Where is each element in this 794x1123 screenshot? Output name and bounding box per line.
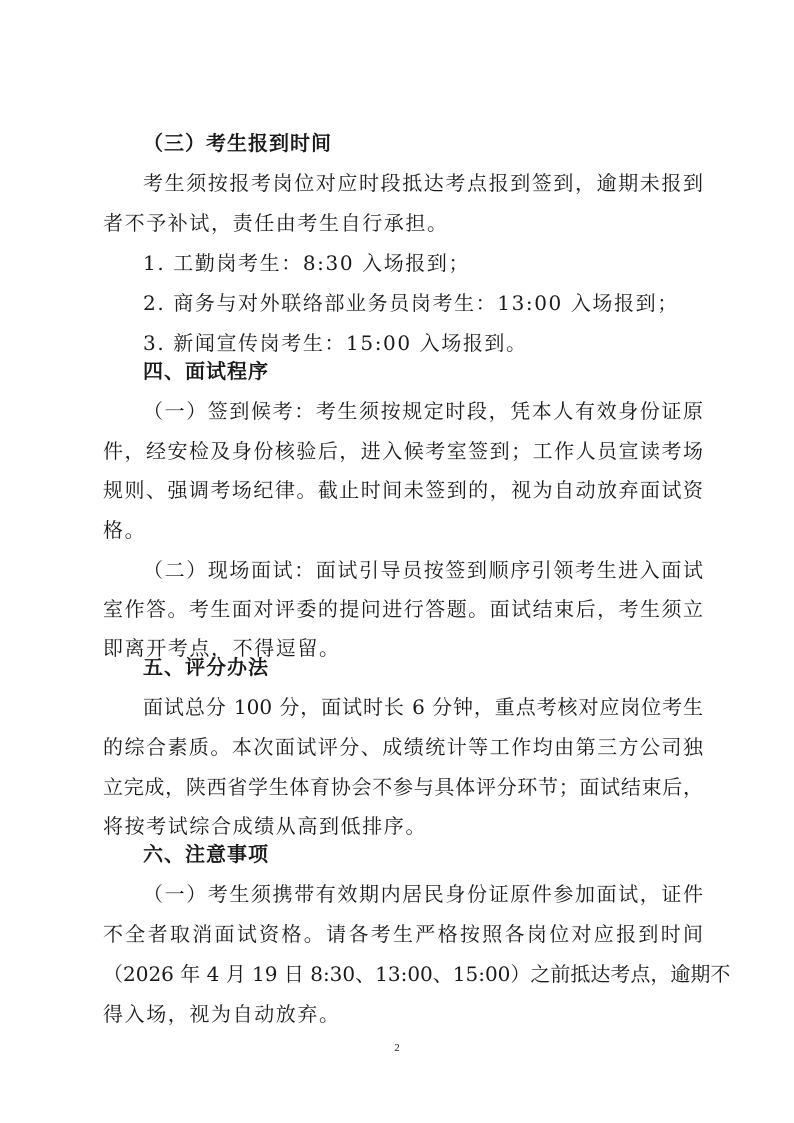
paragraph-line: 规则、强调考场纪律。截止时间未签到的，视为自动放弃面试资 <box>103 476 703 504</box>
paragraph-line: （2026 年 4 月 19 日 8:30、13:00、15:00）之前抵达考点… <box>103 960 703 988</box>
list-item: 3. 新闻宣传岗考生：15:00 入场报到。 <box>103 329 703 357</box>
paragraph-line: （二）现场面试：面试引导员按签到顺序引领考生进入面试 <box>103 556 703 584</box>
section-heading-checkin-time: （三）考生报到时间 <box>103 129 703 157</box>
section-heading-interview-procedure: 四、面试程序 <box>103 357 703 385</box>
paragraph-line: 的综合素质。本次面试评分、成绩统计等工作均由第三方公司独 <box>103 733 703 761</box>
section-heading-notes: 六、注意事项 <box>103 840 703 868</box>
list-item: 2. 商务与对外联络部业务员岗考生：13:00 入场报到； <box>103 289 703 317</box>
paragraph-line: 件，经安检及身份核验后，进入候考室签到；工作人员宣读考场 <box>103 437 703 465</box>
paragraph-line: 将按考试综合成绩从高到低排序。 <box>103 812 703 840</box>
list-item: 1. 工勤岗考生：8:30 入场报到； <box>103 249 703 277</box>
section-heading-scoring-method: 五、评分办法 <box>103 653 703 681</box>
document-page: （三）考生报到时间 考生须按报考岗位对应时段抵达考点报到签到，逾期未报到 者不予… <box>0 0 794 1123</box>
paragraph-line: 者不予补试，责任由考生自行承担。 <box>103 209 703 237</box>
paragraph-line: 室作答。考生面对评委的提问进行答题。面试结束后，考生须立 <box>103 595 703 623</box>
paragraph-line: 不全者取消面试资格。请各考生严格按照各岗位对应报到时间 <box>103 920 703 948</box>
page-number: 2 <box>0 1042 794 1054</box>
paragraph-line: 考生须按报考岗位对应时段抵达考点报到签到，逾期未报到 <box>103 169 703 197</box>
paragraph-line: 得入场，视为自动放弃。 <box>103 1000 703 1028</box>
paragraph-line: 立完成，陕西省学生体育协会不参与具体评分环节；面试结束后， <box>103 773 703 801</box>
paragraph-line: 面试总分 100 分，面试时长 6 分钟，重点考核对应岗位考生 <box>103 693 703 721</box>
paragraph-line: 格。 <box>103 516 703 544</box>
paragraph-line: （一）考生须携带有效期内居民身份证原件参加面试，证件 <box>103 880 703 908</box>
paragraph-line: （一）签到候考：考生须按规定时段，凭本人有效身份证原 <box>103 397 703 425</box>
